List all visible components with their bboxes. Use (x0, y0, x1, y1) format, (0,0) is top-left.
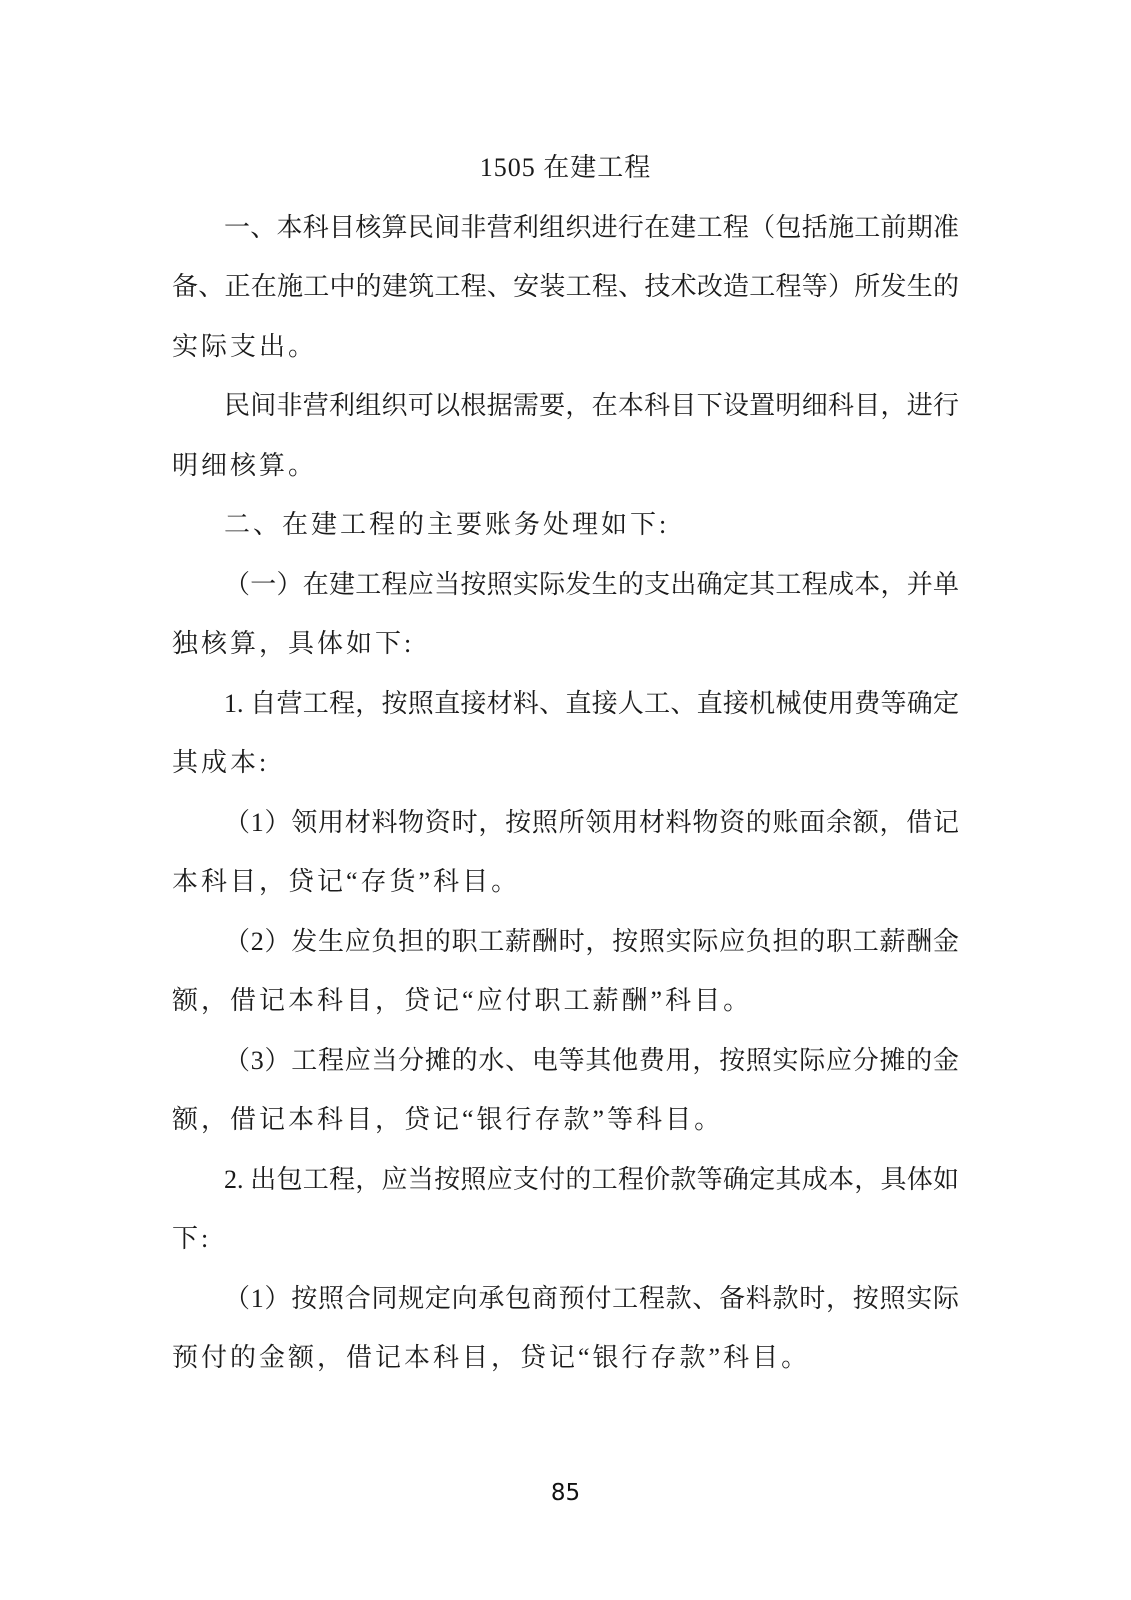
doc-line: 本科目，贷记“存货”科目。 (172, 852, 959, 912)
document-body: 1505 在建工程 一、本科目核算民间非营利组织进行在建工程（包括施工前期准 备… (172, 138, 959, 1388)
doc-line: 实际支出。 (172, 317, 959, 377)
doc-line: 一、本科目核算民间非营利组织进行在建工程（包括施工前期准 (172, 198, 959, 258)
document-page: 1505 在建工程 一、本科目核算民间非营利组织进行在建工程（包括施工前期准 备… (0, 0, 1131, 1600)
doc-line: 独核算，具体如下: (172, 614, 959, 674)
doc-line: 备、正在施工中的建筑工程、安装工程、技术改造工程等）所发生的 (172, 257, 959, 317)
page-number: 85 (0, 1480, 1131, 1506)
doc-line: 2. 出包工程，应当按照应支付的工程价款等确定其成本，具体如 (172, 1150, 959, 1210)
doc-title: 1505 在建工程 (172, 138, 959, 198)
doc-line: 其成本: (172, 733, 959, 793)
doc-line: 1. 自营工程，按照直接材料、直接人工、直接机械使用费等确定 (172, 674, 959, 734)
doc-line: 明细核算。 (172, 436, 959, 496)
doc-line: （3）工程应当分摊的水、电等其他费用，按照实际应分摊的金 (172, 1031, 959, 1091)
doc-line: （1）按照合同规定向承包商预付工程款、备料款时，按照实际 (172, 1269, 959, 1329)
doc-line: 下: (172, 1209, 959, 1269)
doc-line: 额，借记本科目，贷记“应付职工薪酬”科目。 (172, 971, 959, 1031)
doc-line: （一）在建工程应当按照实际发生的支出确定其工程成本，并单 (172, 555, 959, 615)
doc-line: 民间非营利组织可以根据需要，在本科目下设置明细科目，进行 (172, 376, 959, 436)
doc-line: 预付的金额，借记本科目，贷记“银行存款”科目。 (172, 1328, 959, 1388)
doc-line: 二、在建工程的主要账务处理如下: (172, 495, 959, 555)
doc-line: （1）领用材料物资时，按照所领用材料物资的账面余额，借记 (172, 793, 959, 853)
doc-line: （2）发生应负担的职工薪酬时，按照实际应负担的职工薪酬金 (172, 912, 959, 972)
doc-line: 额，借记本科目，贷记“银行存款”等科目。 (172, 1090, 959, 1150)
